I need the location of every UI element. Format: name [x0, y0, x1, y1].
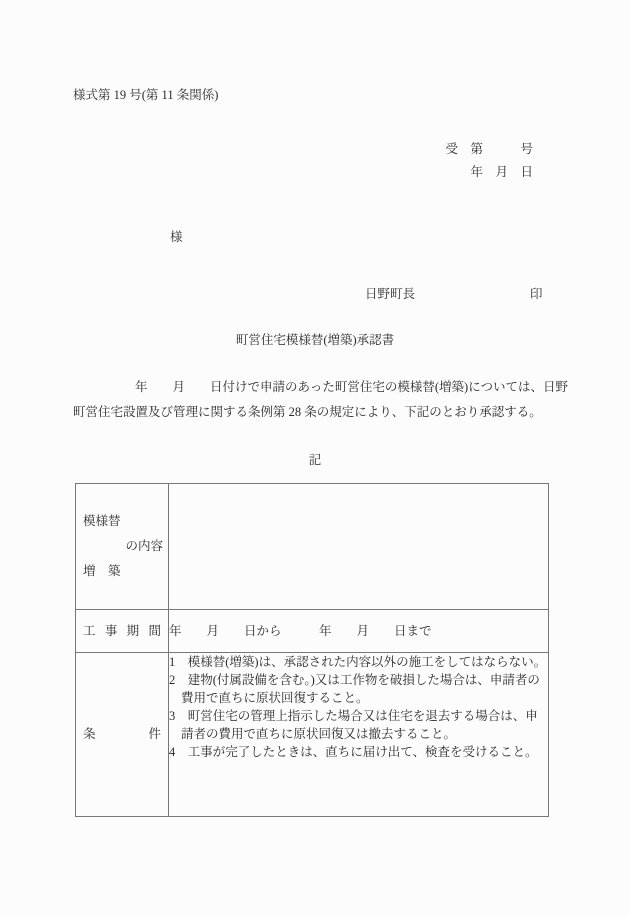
issue-date-line: 年 月 日: [470, 166, 533, 179]
conditions-label-cell: 条 件: [76, 653, 169, 817]
pattern-change-content-cell: [169, 484, 549, 610]
work-period-label-char: 事: [105, 625, 118, 638]
pattern-change-label-line2: 増 築: [83, 559, 121, 584]
work-period-label-char: 間: [148, 625, 161, 638]
condition-item-3: 3 町営住宅の管理上指示した場合又は住宅を退去する場合は、申請者の費用で直ちに原…: [169, 707, 548, 743]
conditions-label-char: 条: [83, 728, 96, 741]
issuer-name: 日野町長: [365, 288, 415, 301]
table-row-conditions: 条 件 1 模様替(増築)は、承認された内容以外の施工をしてはならない。 2 建…: [76, 653, 549, 817]
condition-item-4: 4 工事が完了したときは、直ちに届け出て、検査を受けること。: [169, 743, 548, 761]
condition-item-2: 2 建物(付属設備を含む。)又は工作物を破損した場合は、申請者の費用で直ちに原状…: [169, 671, 548, 707]
condition-item-1: 1 模様替(増築)は、承認された内容以外の施工をしてはならない。: [169, 653, 548, 671]
conditions-content-cell: 1 模様替(増築)は、承認された内容以外の施工をしてはならない。 2 建物(付属…: [169, 653, 549, 817]
table-row-pattern-change: 模様替 増 築 の内容: [76, 484, 549, 610]
pattern-change-label-line1: 模様替: [83, 509, 121, 534]
work-period-label-cell: 工 事 期 間: [76, 610, 169, 653]
body-paragraph-line2: 町営住宅設置及び管理に関する条例第 28 条の規定により、下記のとおり承認する。: [73, 406, 542, 419]
document-page: 様式第 19 号(第 11 条関係) 受 第 号 年 月 日 様 日野町長 印 …: [0, 0, 630, 916]
work-period-label-char: 期: [127, 625, 140, 638]
table-row-work-period: 工 事 期 間 年 月 日から 年 月 日まで: [76, 610, 549, 653]
document-title: 町営住宅模様替(増築)承認書: [0, 334, 630, 347]
seal-placeholder: 印: [530, 288, 543, 301]
form-number: 様式第 19 号(第 11 条関係): [73, 89, 218, 102]
pattern-change-label-cell: 模様替 増 築 の内容: [76, 484, 169, 610]
receipt-number-line: 受 第 号: [445, 143, 533, 156]
approval-details-table: 模様替 増 築 の内容 工 事 期 間 年 月 日から 年 月 日まで: [75, 483, 549, 817]
work-period-label-char: 工: [83, 625, 96, 638]
pattern-change-label-suffix: の内容: [126, 540, 164, 553]
work-period-content-cell: 年 月 日から 年 月 日まで: [169, 610, 549, 653]
addressee-suffix: 様: [170, 231, 183, 244]
body-paragraph-line1: 年 月 日付けで申請のあった町営住宅の模様替(増築)については、日野: [135, 381, 568, 394]
record-marker: 記: [0, 454, 630, 467]
conditions-label-char: 件: [148, 728, 161, 741]
